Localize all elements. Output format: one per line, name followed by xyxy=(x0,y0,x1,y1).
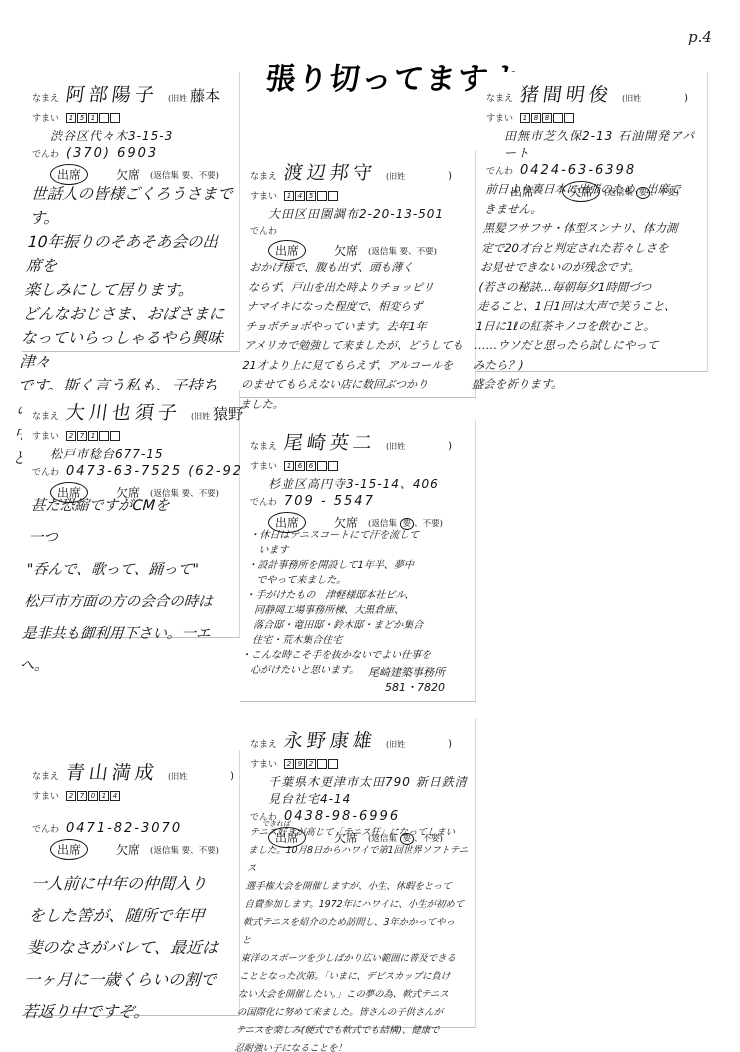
rsvp-card-nagano: なまえ永野康雄(旧姓)すまい292千葉県木更津市太田790 新日鉄清見台社宅4-… xyxy=(240,718,476,1028)
name-label: なまえ xyxy=(250,737,284,750)
postal-digit-box: 1 xyxy=(284,191,294,201)
phone-row: でんわ709 - 5547 xyxy=(250,494,469,509)
reply-prefix: (返信集 xyxy=(150,171,179,181)
person-name: 阿部陽子 xyxy=(64,80,160,107)
address-label: すまい xyxy=(32,429,66,442)
phone-label: でんわ xyxy=(486,164,520,177)
person-name: 永野康雄 xyxy=(282,726,378,753)
rsvp-card-watanabe: なまえ渡辺邦守(旧姓)すまい145大田区田園調布2-20-13-501でんわ出席… xyxy=(240,150,476,398)
postal-digit-box xyxy=(553,113,563,123)
phone-number: 0438-98-6996 xyxy=(284,809,400,824)
postal-code-boxes: 271 xyxy=(66,431,120,441)
phone-label: でんわ xyxy=(250,495,284,508)
name-row: なまえ青山満成(旧姓) xyxy=(32,758,233,785)
postal-digit-box: 5 xyxy=(77,113,87,123)
reply-noneed-option[interactable]: 不要) xyxy=(199,846,219,856)
rsvp-card-aoyama: なまえ青山満成(旧姓)すまい27014でんわ0471-82-3070出席欠席(返… xyxy=(22,750,240,1016)
handwritten-message: 前日より裏日本に出張のため、出席で きません。 黒髪フサフサ・体型スンナリ、体力… xyxy=(471,180,703,395)
postal-digit-box: 2 xyxy=(284,759,294,769)
postal-digit-box: 6 xyxy=(295,461,305,471)
name-row: なまえ大川也須子(旧姓猿野 xyxy=(32,398,233,425)
postal-code-boxes: 145 xyxy=(284,191,338,201)
phone-number: 0424-63-6398 xyxy=(520,163,636,178)
address-row: すまい151 xyxy=(32,111,233,124)
name-label: なまえ xyxy=(250,169,284,182)
handwritten-message: 一人前に中年の仲間入り をした筈が、随所で年甲 斐のなさがバレて、最近は 一ヶ月… xyxy=(21,868,235,1028)
reply-noneed-option[interactable]: 不要) xyxy=(423,519,443,529)
reply-separator: 、 xyxy=(414,519,423,529)
postal-digit-box: 2 xyxy=(306,759,316,769)
maiden-close: ) xyxy=(448,739,452,750)
phone-row: でんわ0473-63-7525 (62-9276) xyxy=(32,464,233,479)
reply-separator: 、 xyxy=(408,247,417,257)
address-row: すまい292 xyxy=(250,757,469,770)
postal-digit-box: 1 xyxy=(99,791,109,801)
postal-digit-box xyxy=(99,431,109,441)
maiden-close: ) xyxy=(448,441,452,452)
postal-digit-box xyxy=(328,191,338,201)
name-label: なまえ xyxy=(32,91,66,104)
address-row: すまい145 xyxy=(250,189,469,202)
address-text: 千葉県木更津市太田790 新日鉄清見台社宅4-14 xyxy=(268,773,469,807)
address-row: すまい271 xyxy=(32,429,233,442)
address-text: 杉並区高円寺3-15-14、406 xyxy=(268,475,469,492)
reply-noneed-option[interactable]: 不要) xyxy=(199,171,219,181)
person-name: 尾崎英二 xyxy=(282,428,378,455)
address-row: すまい166 xyxy=(250,459,469,472)
postal-digit-box xyxy=(99,113,109,123)
signature-office: 尾崎建築事務所 xyxy=(368,665,445,680)
reply-need-option[interactable]: 要 xyxy=(400,247,409,257)
maiden-label: (旧姓 xyxy=(168,93,187,104)
postal-digit-box: 4 xyxy=(110,791,120,801)
person-name: 渡辺邦守 xyxy=(282,158,378,185)
absent-option[interactable]: 欠席 xyxy=(110,840,146,859)
postal-digit-box: 1 xyxy=(520,113,530,123)
phone-number: (370) 6903 xyxy=(66,146,158,161)
maiden-close: ) xyxy=(230,771,234,782)
address-label: すまい xyxy=(32,789,66,802)
person-name: 猪間明俊 xyxy=(518,80,614,107)
phone-number: 709 - 5547 xyxy=(284,494,375,509)
maiden-name: 藤本 xyxy=(190,85,220,106)
handwritten-message: おかげ様で、腹も出ず、頭も薄く ならず、戸山を出た時よりチョッピリ ナマイキにな… xyxy=(239,258,471,414)
address-text: 大田区田園調布2-20-13-501 xyxy=(268,205,469,222)
postal-digit-box xyxy=(110,113,120,123)
maiden-close: ) xyxy=(684,93,688,104)
postal-digit-box: 6 xyxy=(306,461,316,471)
postal-digit-box: 5 xyxy=(306,191,316,201)
person-name: 青山満成 xyxy=(64,758,160,785)
address-text: 田無市芝久保2-13 石油開発アパート xyxy=(504,127,701,161)
postal-digit-box: 8 xyxy=(542,113,552,123)
rsvp-card-abe: なまえ阿部陽子(旧姓藤本すまい151渋谷区代々木3-15-3でんわ(370) 6… xyxy=(22,72,240,352)
postal-digit-box: 1 xyxy=(66,113,76,123)
postal-digit-box xyxy=(317,461,327,471)
reply-noneed-option[interactable]: 不要) xyxy=(417,247,437,257)
address-row: すまい27014 xyxy=(32,789,233,802)
name-label: なまえ xyxy=(250,439,284,452)
postal-digit-box: 7 xyxy=(77,431,87,441)
phone-row: でんわ xyxy=(250,224,469,237)
name-row: なまえ永野康雄(旧姓) xyxy=(250,726,469,753)
signature-block: 尾崎建築事務所581・7820 xyxy=(368,665,445,695)
maiden-label: (旧姓 xyxy=(191,411,210,422)
postal-digit-box: 7 xyxy=(77,791,87,801)
address-row: すまい188 xyxy=(486,111,701,124)
name-row: なまえ尾崎英二(旧姓) xyxy=(250,428,469,455)
reply-separator: 、 xyxy=(190,171,199,181)
reply-prefix: (返信集 xyxy=(368,247,397,257)
phone-row: でんわ(370) 6903 xyxy=(32,146,233,161)
reply-need-option[interactable]: 要 xyxy=(182,171,191,181)
postal-code-boxes: 292 xyxy=(284,759,338,769)
postal-digit-box: 1 xyxy=(284,461,294,471)
maiden-label: (旧姓 xyxy=(622,93,641,104)
reply-postcard-option: (返信集 要、不要) xyxy=(150,844,219,856)
postal-digit-box: 0 xyxy=(88,791,98,801)
address-text: 渋谷区代々木3-15-3 xyxy=(50,127,233,144)
address-text: 松戸市稔台677-15 xyxy=(50,445,233,462)
postal-digit-box: 1 xyxy=(88,431,98,441)
address-label: すまい xyxy=(250,757,284,770)
postal-code-boxes: 188 xyxy=(520,113,574,123)
phone-row: でんわ0424-63-6398 xyxy=(486,163,701,178)
reply-postcard-option: (返信集 要、不要) xyxy=(368,517,443,529)
absent-group: 欠席(返信集 要、不要) xyxy=(110,840,219,859)
name-row: なまえ阿部陽子(旧姓藤本 xyxy=(32,80,233,107)
address-label: すまい xyxy=(32,111,66,124)
maiden-name: 猿野 xyxy=(213,403,243,424)
name-label: なまえ xyxy=(32,409,66,422)
phone-number: 0471-82-3070 xyxy=(66,821,182,836)
postal-digit-box: 2 xyxy=(66,791,76,801)
maiden-close: ) xyxy=(448,171,452,182)
phone-label: でんわ xyxy=(32,465,66,478)
postal-digit-box: 1 xyxy=(88,113,98,123)
address-label: すまい xyxy=(250,459,284,472)
address-text xyxy=(50,805,233,819)
person-name: 大川也須子 xyxy=(64,398,183,425)
maiden-label: (旧姓 xyxy=(168,771,187,782)
maiden-label: (旧姓 xyxy=(386,441,405,452)
phone-label: でんわ xyxy=(250,224,284,237)
reply-postcard-option: (返信集 要、不要) xyxy=(150,169,219,181)
attend-option[interactable]: 出席 xyxy=(50,839,88,860)
postal-digit-box: 2 xyxy=(66,431,76,441)
postal-digit-box xyxy=(328,461,338,471)
handwritten-message: テニス好きが高じて「テニス狂」になってしまい ました。10月8日からハワイで第1… xyxy=(234,824,471,1052)
name-row: なまえ猪間明俊(旧姓) xyxy=(486,80,701,107)
postal-digit-box: 9 xyxy=(295,759,305,769)
postal-code-boxes: 166 xyxy=(284,461,338,471)
page-number: p.4 xyxy=(688,28,712,46)
postal-digit-box xyxy=(317,759,327,769)
address-label: すまい xyxy=(250,189,284,202)
phone-label: でんわ xyxy=(32,822,66,835)
handwritten-message: 甚だ恐縮ですがCMを 一つ "呑んで、歌って、踊って" 松戸市方面の方の会合の時… xyxy=(19,490,235,682)
postal-digit-box xyxy=(564,113,574,123)
postal-code-boxes: 151 xyxy=(66,113,120,123)
name-row: なまえ渡辺邦守(旧姓) xyxy=(250,158,469,185)
postal-code-boxes: 27014 xyxy=(66,791,120,801)
maiden-label: (旧姓 xyxy=(386,171,405,182)
signature-phone: 581・7820 xyxy=(368,680,445,695)
rsvp-card-inoma: なまえ猪間明俊(旧姓)すまい188田無市芝久保2-13 石油開発アパートでんわ0… xyxy=(476,72,708,372)
reply-postcard-option: (返信集 要、不要) xyxy=(368,245,437,257)
rsvp-card-ozaki: なまえ尾崎英二(旧姓)すまい166杉並区高円寺3-15-14、406でんわ709… xyxy=(240,420,476,702)
postal-digit-box xyxy=(328,759,338,769)
reply-need-option[interactable]: 要 xyxy=(182,846,191,856)
name-label: なまえ xyxy=(32,769,66,782)
address-label: すまい xyxy=(486,111,520,124)
postal-digit-box xyxy=(110,431,120,441)
postal-digit-box: 4 xyxy=(295,191,305,201)
attendance-row: 出席欠席(返信集 要、不要) xyxy=(50,839,233,860)
reply-separator: 、 xyxy=(190,846,199,856)
maiden-label: (旧姓 xyxy=(386,739,405,750)
phone-row: でんわ0471-82-3070 xyxy=(32,821,233,836)
reply-prefix: (返信集 xyxy=(150,846,179,856)
rsvp-card-okawa: なまえ大川也須子(旧姓猿野すまい271松戸市稔台677-15でんわ0473-63… xyxy=(22,390,240,638)
handwritten-message: ・休日はテニスコートにて汗を流して います ・設計事務所を開設して1年半、夢中 … xyxy=(240,528,471,678)
phone-label: でんわ xyxy=(32,147,66,160)
name-label: なまえ xyxy=(486,91,520,104)
postal-digit-box: 8 xyxy=(531,113,541,123)
reply-prefix: (返信集 xyxy=(368,519,397,529)
postal-digit-box xyxy=(317,191,327,201)
